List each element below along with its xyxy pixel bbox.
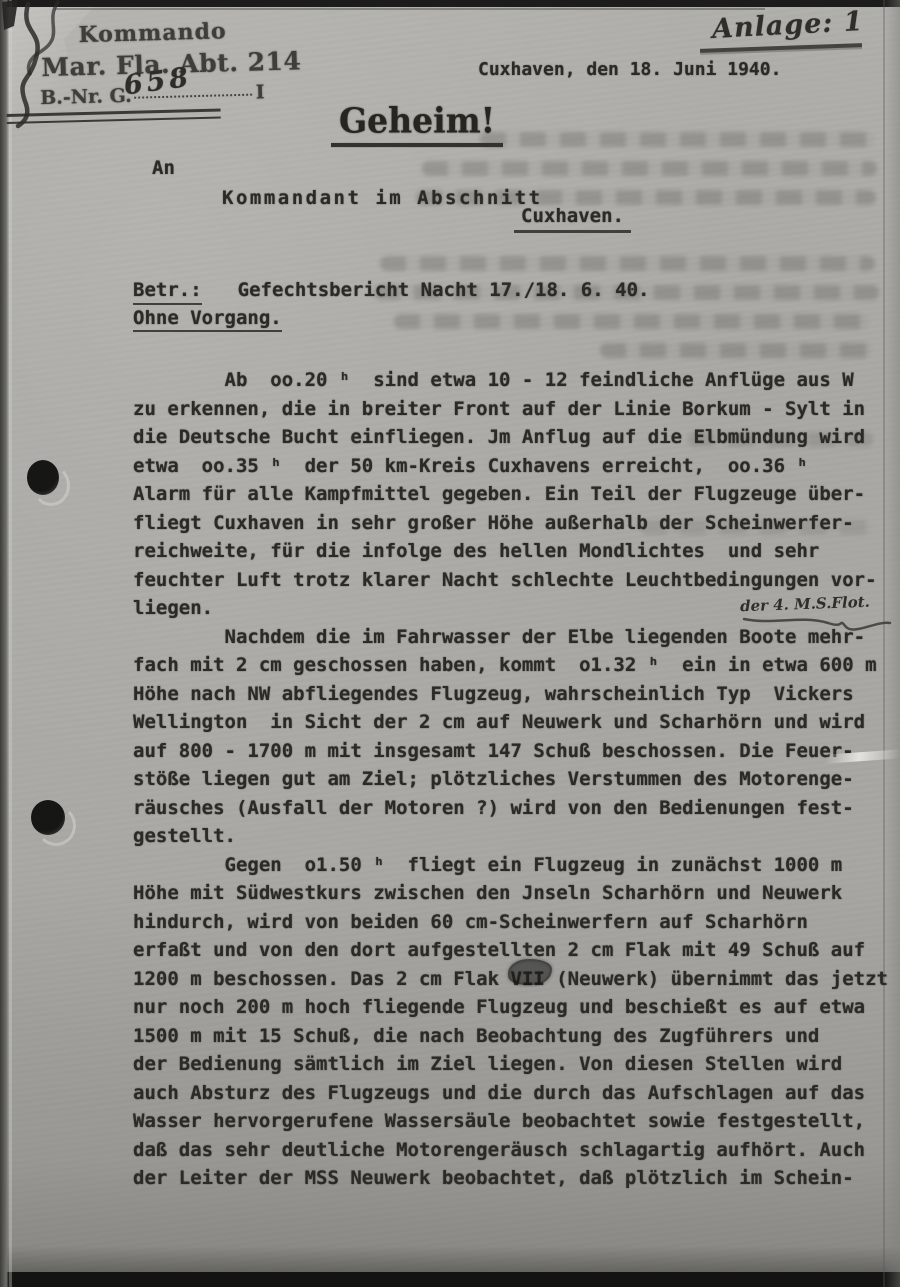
report-body-text: Ab oo.20 ʰ sind etwa 10 - 12 feindliche … [133,366,893,1193]
scanned-document-page: Kommando Mar. Fla. Abt. 214 B.-Nr. G.I 6… [0,0,900,1287]
scan-edge-bottom-shadow [0,1246,900,1272]
pen-flourish-mark [0,0,120,140]
recipient-line1: Kommandant im Abschnitt [222,187,543,209]
scan-edge-left-highlight [9,0,12,1287]
scan-edge-top-line [55,8,765,10]
punch-hole-bottom [31,800,65,835]
bleed-through-smudge [600,343,872,358]
bleed-through-smudge [394,314,869,329]
dateline: Cuxhaven, den 18. Juni 1940. [478,59,781,80]
bleed-through-smudge [380,256,875,271]
bleed-through-smudge [422,161,877,176]
subject-text: Gefechtsbericht Nacht 17./18. 6. 40. [238,279,650,301]
stamp-file-suffix: I [255,81,264,103]
bleed-through-smudge [480,132,875,147]
classification-heading: Geheim! [331,100,503,147]
recipient-label: An [152,157,175,179]
subject-line: Betr.:Gefechtsbericht Nacht 17./18. 6. 4… [133,279,649,301]
scan-edge-top [0,0,900,7]
scan-edge-left [0,0,9,1287]
reference-line: Ohne Vorgang. [133,307,282,332]
recipient-line2: Cuxhaven. [514,205,631,233]
scan-edge-bottom [0,1272,900,1287]
punch-hole-top [27,460,59,495]
subject-label: Betr.: [133,279,202,305]
flotilla-note-underline [742,613,892,635]
